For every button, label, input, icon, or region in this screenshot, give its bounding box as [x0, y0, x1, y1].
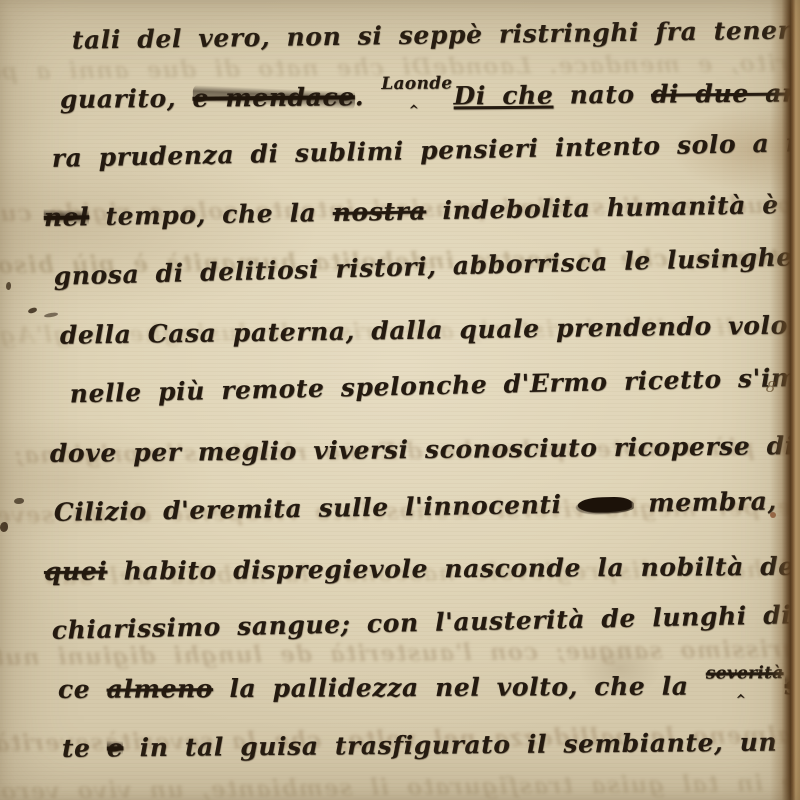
handwritten-strike: nostra: [332, 196, 426, 227]
handwritten-scrawl: e: [107, 733, 124, 762]
handwritten-text: ce: [58, 675, 107, 704]
handwritten-insert: Laonde: [381, 64, 453, 103]
handwritten-text: nato: [553, 80, 651, 110]
manuscript-line: Cilizio d'eremita sulle l'innocenti memb…: [44, 483, 775, 553]
ink-speck: [14, 498, 24, 504]
ink-speck: [0, 522, 8, 532]
handwritten-strike: quei: [44, 557, 108, 586]
handwritten-text: tempo, che la: [89, 198, 333, 231]
manuscript-page: guarito, e mendace. LaondeDi che nato di…: [0, 0, 800, 800]
handwritten-text: tali del vero, non si seppè ristringhi f…: [72, 14, 800, 55]
manuscript-text: tali del vero, non si seppè ristringhi f…: [44, 22, 774, 789]
handwritten-blot: [578, 497, 632, 513]
handwritten-text: in tal guisa trasfigurato il sembiante, …: [123, 727, 793, 762]
handwritten-text: indebolita humanità è più biso.: [426, 188, 800, 226]
handwritten-scrawl: e mendace: [192, 82, 355, 112]
manuscript-line: te e in tal guisa trasfigurato il sembia…: [44, 724, 774, 789]
handwritten-underline: Di che: [453, 81, 553, 111]
handwritten-text: Cilizio d'eremita sulle l'innocenti: [54, 490, 579, 527]
handwritten-text: .: [355, 82, 381, 111]
handwritten-text: habito dispregievole nasconde la nobiltà…: [107, 551, 800, 585]
manuscript-line: ce almeno la pallidezza nel volto, che l…: [44, 667, 774, 730]
handwritten-text: della Casa paterna, dalla quale prendend…: [60, 308, 800, 350]
ink-speck: [6, 282, 11, 290]
handwritten-text: guarito,: [60, 84, 193, 114]
page-binding-edge: [770, 0, 800, 800]
ink-speck: [28, 307, 38, 314]
handwritten-text: te: [62, 733, 107, 762]
handwritten-scrawl: nel: [44, 202, 90, 232]
handwritten-text: dove per meglio viversi sconosciuto rico…: [50, 431, 800, 468]
handwritten-strike: almeno: [107, 674, 214, 704]
handwritten-text: la pallidezza nel volto, che la: [213, 672, 705, 704]
